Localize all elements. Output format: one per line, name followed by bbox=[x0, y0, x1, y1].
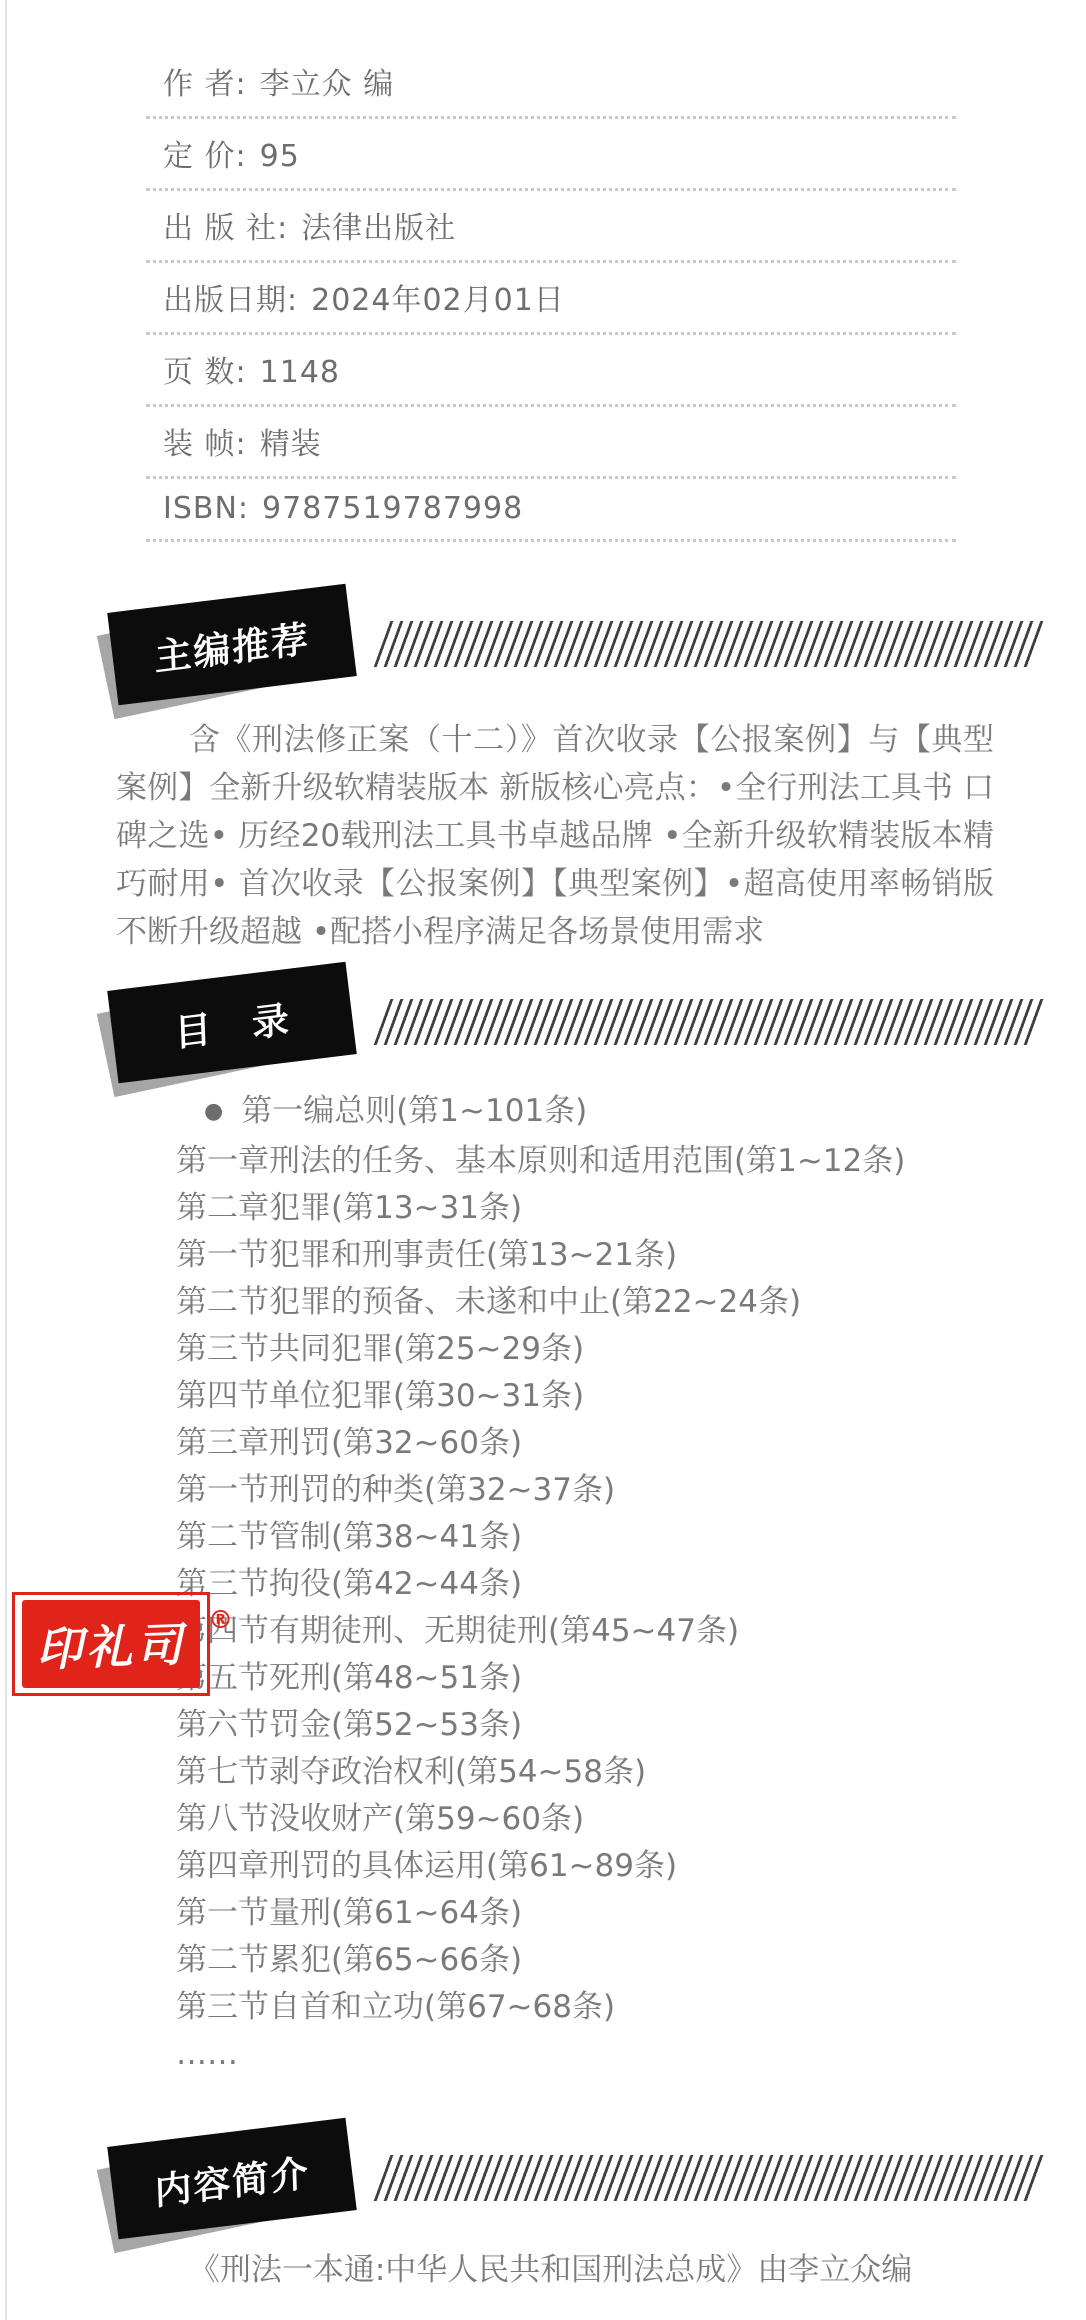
toc-item: 第三节共同犯罪(第25~29条) bbox=[176, 1326, 906, 1373]
meta-value: 2024年02月01日 bbox=[311, 275, 565, 319]
hatch-stripes bbox=[374, 999, 1045, 1045]
publisher-stamp-logo: 印礼司 ® bbox=[12, 1592, 210, 1696]
meta-value: 9787519787998 bbox=[262, 491, 523, 526]
meta-value: 1148 bbox=[260, 355, 340, 390]
meta-row-binding: 装 帧: 精装 bbox=[146, 407, 956, 479]
toc-item: 第三节自首和立功(第67~68条) bbox=[176, 1984, 906, 2031]
meta-value: 95 bbox=[260, 139, 300, 174]
meta-value: 精装 bbox=[260, 419, 322, 463]
toc-item: 第二章犯罪(第13~31条) bbox=[176, 1185, 906, 1232]
section-header-summary: 内容简介 bbox=[112, 2128, 1036, 2228]
section-title-editor-pick: 主编推荐 bbox=[154, 607, 311, 680]
toc-item: 第一节犯罪和刑事责任(第13~21条) bbox=[176, 1232, 906, 1279]
toc-item: 第八节没收财产(第59~60条) bbox=[176, 1796, 906, 1843]
meta-label: 作 者: bbox=[163, 59, 247, 103]
meta-value: 李立众 编 bbox=[260, 59, 395, 103]
meta-row-pubdate: 出版日期: 2024年02月01日 bbox=[146, 263, 956, 335]
section-banner: 主编推荐 bbox=[112, 598, 352, 691]
meta-value: 法律出版社 bbox=[301, 203, 456, 247]
meta-row-isbn: ISBN: 9787519787998 bbox=[146, 479, 956, 542]
toc-item: 第五节死刑(第48~51条) bbox=[176, 1655, 906, 1702]
section-title-toc: 目 录 bbox=[173, 988, 291, 1056]
editor-pick-text: 含《刑法修正案（十二）》首次收录【公报案例】与【典型案例】全新升级软精装版本 新… bbox=[116, 716, 994, 956]
hatch-stripes bbox=[374, 621, 1045, 667]
stamp-text: 印礼司 bbox=[35, 1608, 187, 1679]
toc-item: 第一节量刑(第61~64条) bbox=[176, 1890, 906, 1937]
page-left-border bbox=[5, 0, 7, 2320]
banner-face: 内容简介 bbox=[107, 2117, 357, 2239]
stamp-face: 印礼司 bbox=[22, 1600, 200, 1688]
meta-row-pages: 页 数: 1148 bbox=[146, 335, 956, 407]
toc-item-ellipsis: …… bbox=[176, 2031, 906, 2078]
meta-label: 出版日期: bbox=[163, 275, 298, 319]
toc-item: 第四节单位犯罪(第30~31条) bbox=[176, 1373, 906, 1420]
banner-face: 主编推荐 bbox=[107, 583, 357, 705]
bullet-icon: ● bbox=[204, 1088, 223, 1135]
meta-row-author: 作 者: 李立众 编 bbox=[146, 47, 956, 119]
toc-item: 第二节管制(第38~41条) bbox=[176, 1514, 906, 1561]
toc-lead-item: ●第一编总则(第1~101条) bbox=[176, 1088, 906, 1138]
toc-item: 第四节有期徒刑、无期徒刑(第45~47条) bbox=[176, 1608, 906, 1655]
banner-face: 目 录 bbox=[107, 961, 357, 1083]
meta-label: 定 价: bbox=[163, 131, 247, 175]
book-meta-list: 作 者: 李立众 编 定 价: 95 出 版 社: 法律出版社 出版日期: 20… bbox=[146, 47, 956, 542]
section-banner: 内容简介 bbox=[112, 2132, 352, 2225]
section-title-summary: 内容简介 bbox=[154, 2141, 311, 2214]
section-banner: 目 录 bbox=[112, 976, 352, 1069]
meta-label: ISBN: bbox=[163, 491, 249, 526]
toc-item: 第三章刑罚(第32~60条) bbox=[176, 1420, 906, 1467]
toc-item: 第七节剥夺政治权利(第54~58条) bbox=[176, 1749, 906, 1796]
toc-item: 第一章刑法的任务、基本原则和适用范围(第1~12条) bbox=[176, 1138, 906, 1185]
section-header-toc: 目 录 bbox=[112, 972, 1036, 1072]
book-detail-page: 作 者: 李立众 编 定 价: 95 出 版 社: 法律出版社 出版日期: 20… bbox=[0, 0, 1086, 2320]
summary-text: 《刑法一本通:中华人民共和国刑法总成》由李立众编 bbox=[116, 2246, 994, 2294]
registered-trademark-icon: ® bbox=[208, 1605, 233, 1634]
section-header-editor-pick: 主编推荐 bbox=[112, 594, 1036, 694]
toc-lead-text: 第一编总则(第1~101条) bbox=[241, 1093, 587, 1129]
toc-list: ●第一编总则(第1~101条) 第一章刑法的任务、基本原则和适用范围(第1~12… bbox=[176, 1088, 906, 2078]
toc-item: 第三节拘役(第42~44条) bbox=[176, 1561, 906, 1608]
meta-label: 装 帧: bbox=[163, 419, 247, 463]
meta-row-publisher: 出 版 社: 法律出版社 bbox=[146, 191, 956, 263]
toc-item: 第四章刑罚的具体运用(第61~89条) bbox=[176, 1843, 906, 1890]
hatch-stripes bbox=[374, 2155, 1045, 2201]
toc-item: 第二节累犯(第65~66条) bbox=[176, 1937, 906, 1984]
toc-item: 第一节刑罚的种类(第32~37条) bbox=[176, 1467, 906, 1514]
meta-row-price: 定 价: 95 bbox=[146, 119, 956, 191]
toc-item: 第六节罚金(第52~53条) bbox=[176, 1702, 906, 1749]
meta-label: 页 数: bbox=[163, 347, 247, 391]
toc-item: 第二节犯罪的预备、未遂和中止(第22~24条) bbox=[176, 1279, 906, 1326]
meta-label: 出 版 社: bbox=[163, 203, 288, 247]
